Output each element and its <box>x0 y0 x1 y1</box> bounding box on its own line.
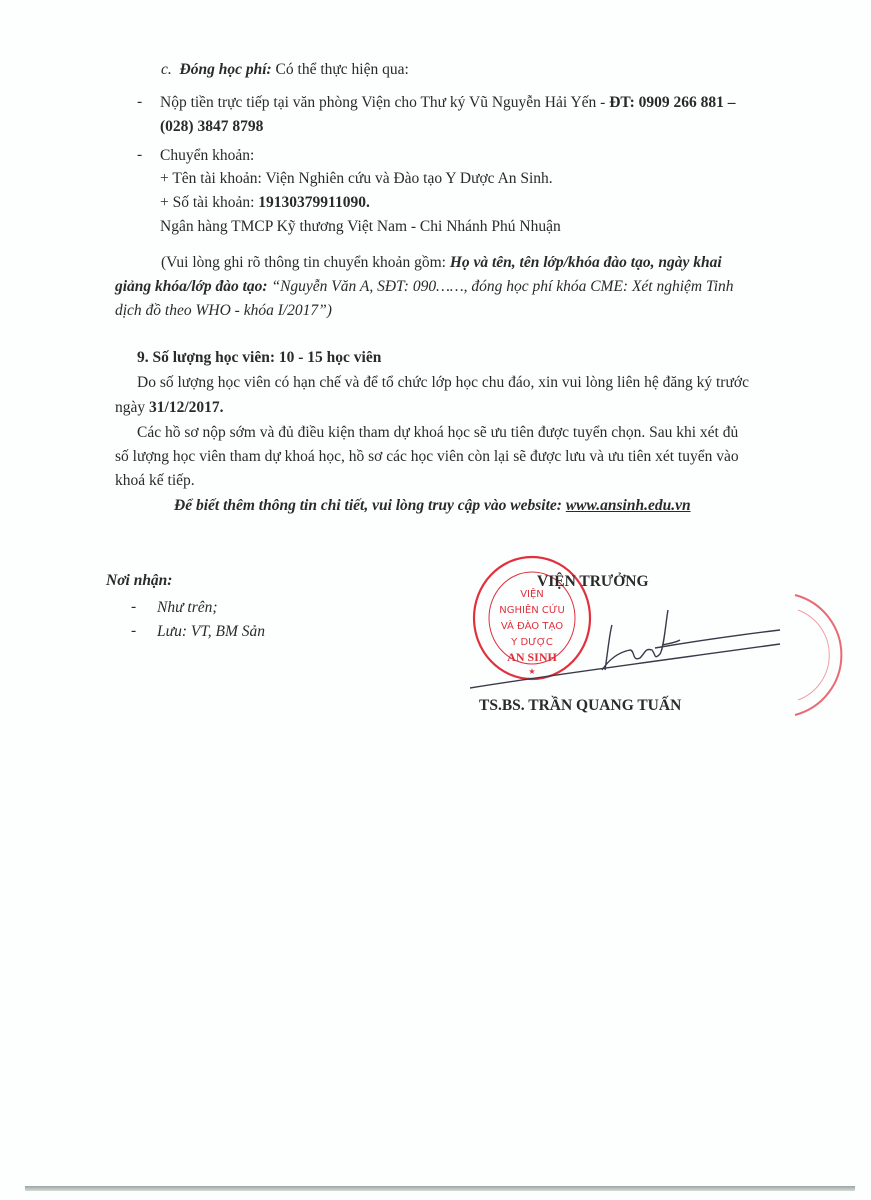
note-bold-italic: Họ và tên, tên lớp/khóa đào tạo, ngày kh… <box>450 254 722 271</box>
note-bold-italic: giảng khóa/lớp đào tạo: <box>115 278 268 295</box>
section-9-p2-line3: khoá kế tiếp. <box>115 471 195 491</box>
account-number-line: + Số tài khoản: 19130379911090. <box>160 193 370 213</box>
bullet-dash: - <box>137 93 142 111</box>
transfer-label: Chuyển khoản: <box>160 146 254 166</box>
recipient-item: Lưu: VT, BM Sản <box>157 622 265 642</box>
website-link[interactable]: www.ansinh.edu.vn <box>566 497 691 514</box>
transfer-note-line-3: dịch đồ theo WHO - khóa I/2017”) <box>115 301 332 321</box>
direct-payment-text: Nộp tiền trực tiếp tại văn phòng Viện ch… <box>160 94 609 111</box>
bullet-dash: - <box>131 622 136 640</box>
bank-name: Ngân hàng TMCP Kỹ thương Việt Nam - Chi … <box>160 217 561 237</box>
payment-heading: c. Đóng học phí: Có thể thực hiện qua: <box>161 60 409 80</box>
phone-number: ĐT: 0909 266 881 – <box>609 94 735 111</box>
section-9-p2-line1: Các hồ sơ nộp sớm và đủ điều kiện tham d… <box>137 423 738 443</box>
account-number-label: + Số tài khoản: <box>160 194 258 211</box>
section-9-p1-line1: Do số lượng học viên có hạn chế và để tổ… <box>137 373 749 393</box>
phone-number-2: (028) 3847 8798 <box>160 117 263 137</box>
deadline-prefix: ngày <box>115 399 149 416</box>
direct-payment-line: Nộp tiền trực tiếp tại văn phòng Viện ch… <box>160 93 736 113</box>
deadline-date: 31/12/2017. <box>149 399 224 416</box>
section-9-heading: 9. Số lượng học viên: 10 - 15 học viên <box>137 348 381 368</box>
signer-name: TS.BS. TRẦN QUANG TUẤN <box>479 696 681 716</box>
bullet-dash: - <box>137 146 142 164</box>
heading-rest: Có thể thực hiện qua: <box>272 61 409 78</box>
recipient-item: Như trên; <box>157 598 218 618</box>
heading-prefix: c. <box>161 61 172 78</box>
note-italic: “Nguyễn Văn A, SĐT: 090……, đóng học phí … <box>268 278 734 295</box>
document-page: c. Đóng học phí: Có thể thực hiện qua: -… <box>0 0 871 1200</box>
note-plain: (Vui lòng ghi rõ thông tin chuyển khoản … <box>161 254 450 271</box>
signature-title: VIỆN TRƯỞNG <box>537 572 649 592</box>
account-name: + Tên tài khoản: Viện Nghiên cứu và Đào … <box>160 169 553 189</box>
handwritten-signature <box>470 600 790 690</box>
account-number: 19130379911090. <box>258 194 370 211</box>
bullet-dash: - <box>131 598 136 616</box>
website-prefix: Để biết thêm thông tin chi tiết, vui lòn… <box>174 497 566 514</box>
section-9-p2-line2: số lượng học viên tham dự khoá học, hồ s… <box>115 447 739 467</box>
transfer-note-line-1: (Vui lòng ghi rõ thông tin chuyển khoản … <box>161 253 722 273</box>
scan-edge <box>25 1186 855 1191</box>
section-9-p1-line2: ngày 31/12/2017. <box>115 398 224 418</box>
heading-bold: Đóng học phí: <box>180 61 272 78</box>
website-line: Để biết thêm thông tin chi tiết, vui lòn… <box>174 496 691 516</box>
recipients-label: Nơi nhận: <box>106 571 172 591</box>
transfer-note-line-2: giảng khóa/lớp đào tạo: “Nguyễn Văn A, S… <box>115 277 734 297</box>
partial-stamp <box>790 590 860 720</box>
